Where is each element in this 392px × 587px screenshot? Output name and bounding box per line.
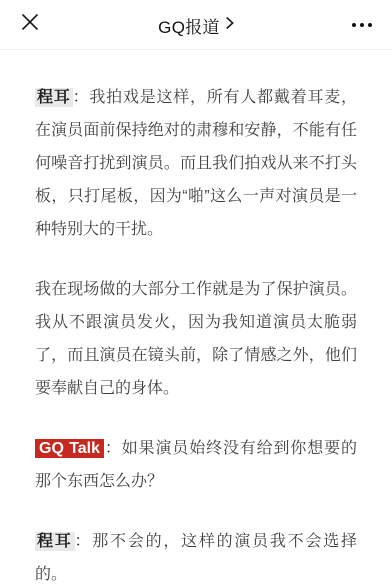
- header-bar: GQ报道: [0, 0, 392, 50]
- label-colon: ：: [73, 89, 90, 106]
- paragraph-text: 我拍戏是这样，所有人都戴着耳麦，在演员面前保持绝对的肃穆和安静，不能有任何噪音打…: [35, 89, 357, 238]
- paragraph-text: 我在现场做的大部分工作就是为了保护演员。我从不跟演员发火，因为我知道演员太脆弱了…: [35, 281, 357, 397]
- wechat-article-screen: GQ报道 程耳：我拍戏是这样，所有人都戴着耳麦，在演员面前保持绝对的肃穆和安静，…: [0, 0, 392, 587]
- speaker-label-gqtalk: GQ Talk: [35, 439, 104, 458]
- label-colon: ：: [104, 440, 122, 457]
- more-menu-button[interactable]: [348, 11, 376, 39]
- chevron-right-icon: [225, 16, 234, 35]
- label-colon: ：: [75, 533, 93, 550]
- page-title: GQ报道: [158, 13, 220, 38]
- speaker-label-chenger: 程耳: [35, 88, 73, 107]
- close-button[interactable]: [16, 11, 44, 39]
- paragraph-chenger-2: 我在现场做的大部分工作就是为了保护演员。我从不跟演员发火，因为我知道演员太脆弱了…: [35, 273, 357, 405]
- three-dots-icon: [352, 23, 372, 27]
- speaker-label-chenger: 程耳: [35, 532, 75, 551]
- paragraph-chenger-1: 程耳：我拍戏是这样，所有人都戴着耳麦，在演员面前保持绝对的肃穆和安静，不能有任何…: [35, 81, 357, 246]
- close-icon: [21, 13, 39, 36]
- paragraph-chenger-3: 程耳：那不会的，这样的演员我不会选择的。: [35, 525, 357, 587]
- article-content: 程耳：我拍戏是这样，所有人都戴着耳麦，在演员面前保持绝对的肃穆和安静，不能有任何…: [0, 51, 392, 587]
- account-title-link[interactable]: GQ报道: [158, 0, 234, 50]
- paragraph-gqtalk: GQ Talk：如果演员始终没有给到你想要的那个东西怎么办？: [35, 432, 357, 498]
